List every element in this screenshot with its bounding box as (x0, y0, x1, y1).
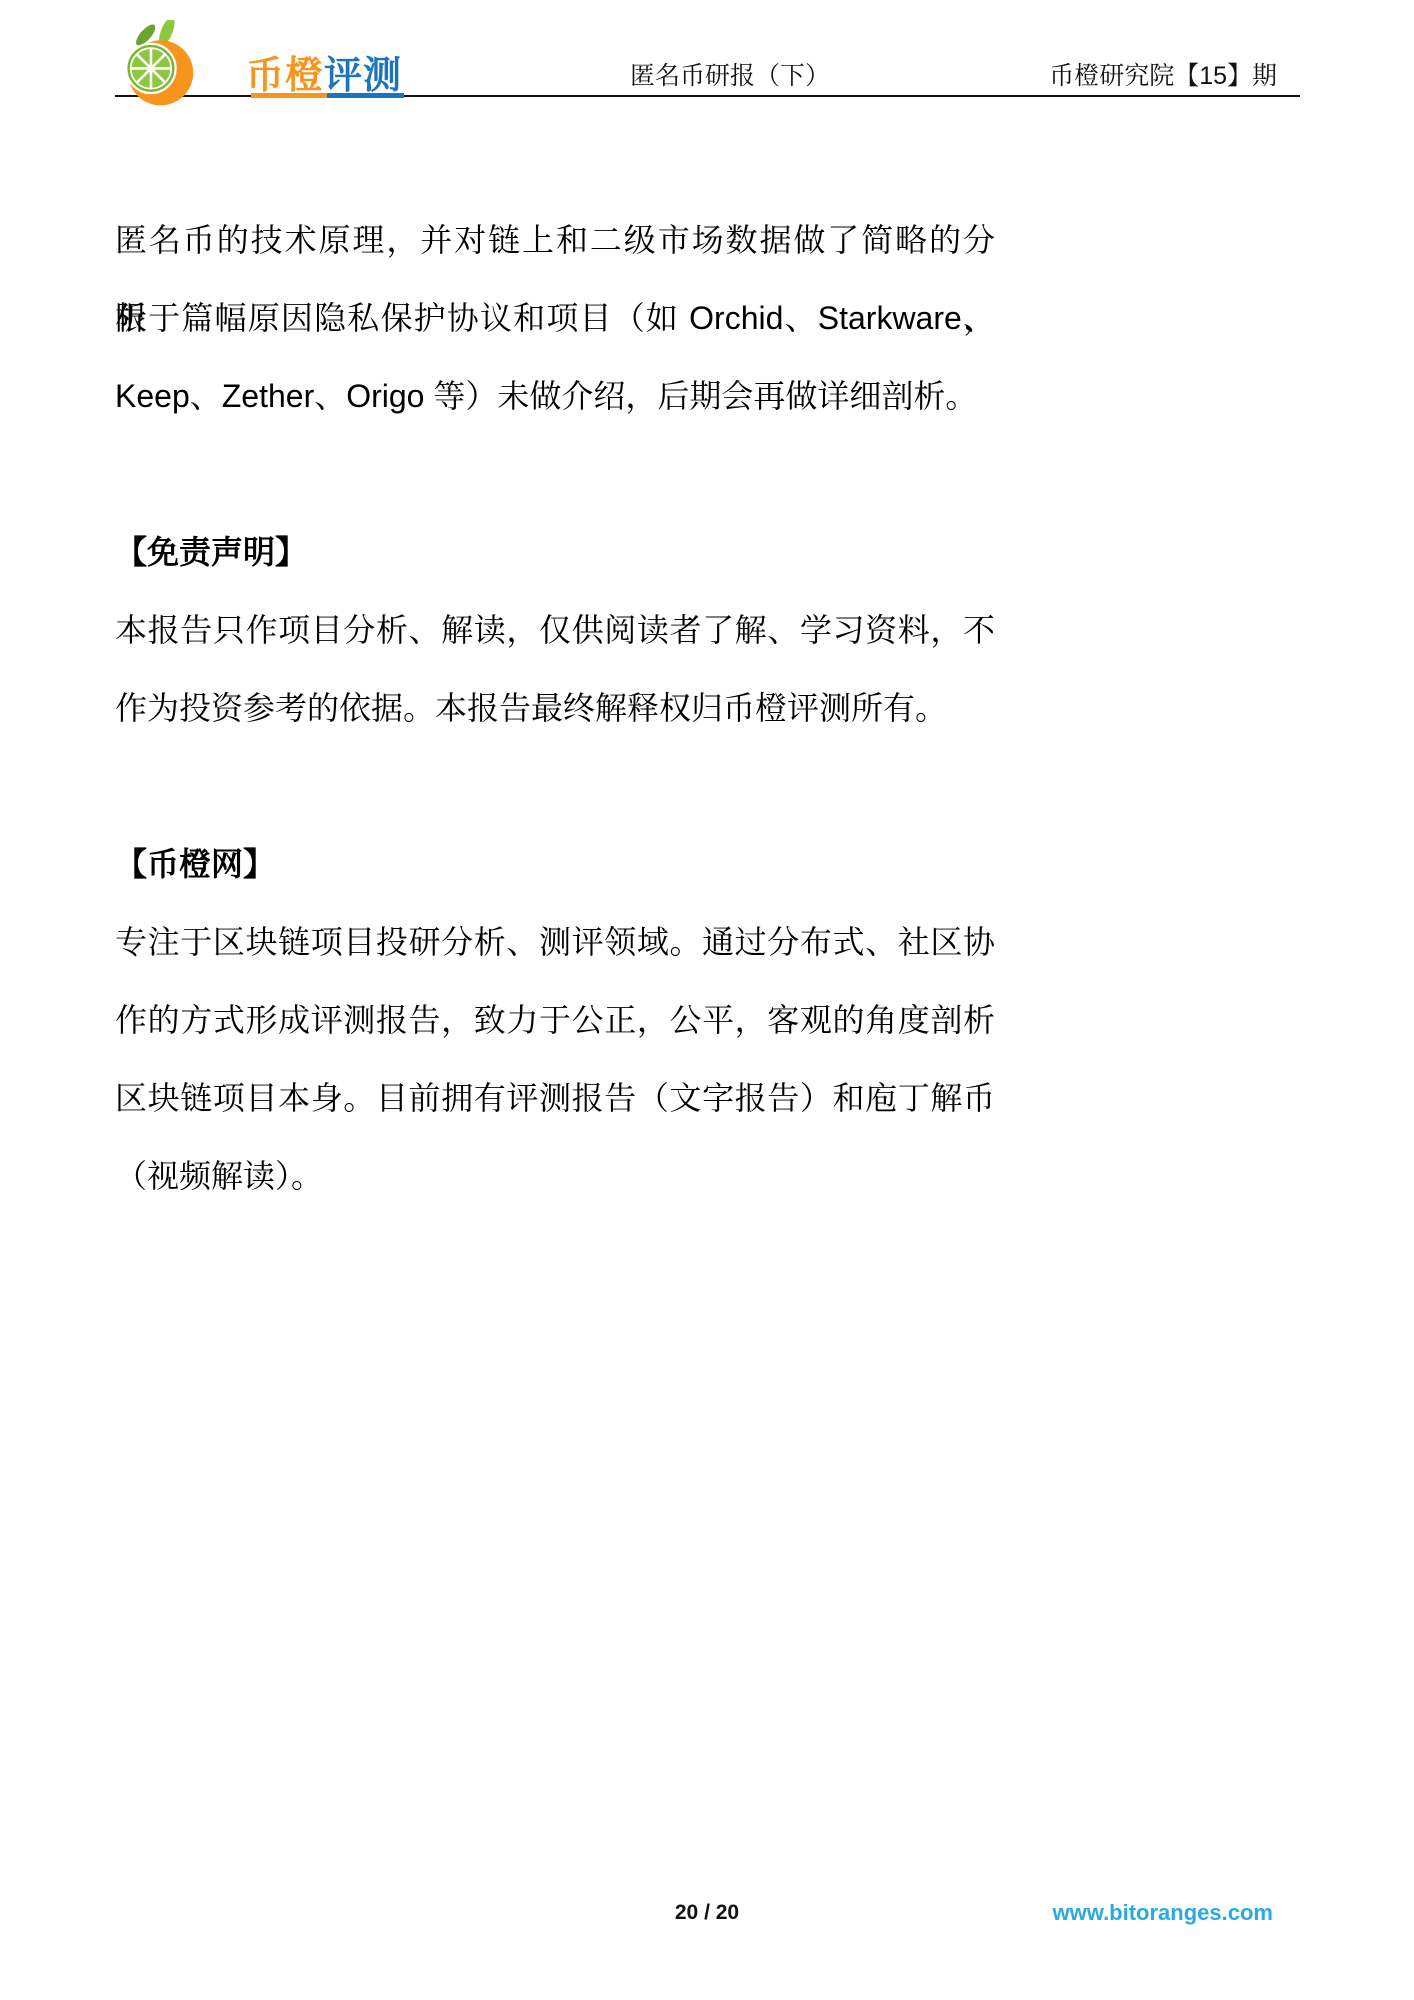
website-link[interactable]: www.bitoranges.com (1053, 1900, 1273, 1926)
text-line: 匿名币的技术原理，并对链上和二级市场数据做了简略的分析， (115, 201, 995, 279)
paragraph-disclaimer: 本报告只作项目分析、解读，仅供阅读者了解、学习资料，不 作为投资参考的依据。本报… (115, 591, 995, 747)
text-line: Keep、Zether、Origo 等）未做介绍，后期会再做详细剖析。 (115, 357, 995, 435)
header-right-title: 币橙研究院【15】期 (1049, 56, 1277, 92)
paragraph-intro: 匿名币的技术原理，并对链上和二级市场数据做了简略的分析， 限于篇幅原因隐私保护协… (115, 201, 995, 435)
text-line: 专注于区块链项目投研分析、测评领域。通过分布式、社区协 (115, 903, 995, 981)
page-content: 匿名币的技术原理，并对链上和二级市场数据做了简略的分析， 限于篇幅原因隐私保护协… (115, 96, 995, 1215)
logo-underline-orange (251, 93, 327, 98)
paragraph-bitorange-site: 专注于区块链项目投研分析、测评领域。通过分布式、社区协 作的方式形成评测报告，致… (115, 903, 995, 1215)
section-heading-disclaimer: 【免责声明】 (115, 513, 995, 591)
document-page: 币橙评测 匿名币研报（下） 币橙研究院【15】期 匿名币的技术原理，并对链上和二… (0, 0, 1414, 2000)
text-line: 本报告只作项目分析、解读，仅供阅读者了解、学习资料，不 (115, 591, 995, 669)
text-line: 区块链项目本身。目前拥有评测报告（文字报告）和庖丁解币 (115, 1059, 995, 1137)
text-line: 作的方式形成评测报告，致力于公正，公平，客观的角度剖析 (115, 981, 995, 1059)
orange-lime-logo-icon (113, 20, 203, 108)
section-heading-bitorange-site: 【币橙网】 (115, 825, 995, 903)
text-line: 作为投资参考的依据。本报告最终解释权归币橙评测所有。 (115, 669, 995, 747)
logo-text: 币橙评测 (246, 44, 402, 99)
text-line: （视频解读）。 (115, 1137, 995, 1215)
logo-underline-blue (327, 93, 404, 98)
logo: 币橙评测 (113, 20, 203, 108)
page-header: 币橙评测 匿名币研报（下） 币橙研究院【15】期 (0, 0, 1414, 96)
logo-text-secondary: 评测 (324, 55, 402, 97)
logo-text-primary: 币橙 (246, 55, 324, 97)
text-line: 限于篇幅原因隐私保护协议和项目（如 Orchid、Starkware、 (115, 279, 995, 357)
